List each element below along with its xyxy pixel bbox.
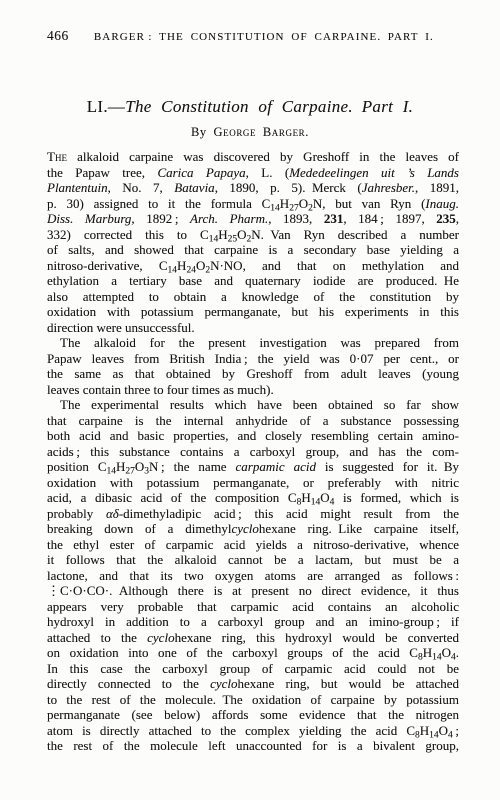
text-line: also attempted to obtain a knowledge of … <box>47 289 459 305</box>
text-line: atom is directly attached to the complex… <box>47 723 459 739</box>
text-run: is formed, which is <box>334 490 459 505</box>
text-run: N·NO, and that on methylation and <box>210 258 459 273</box>
text-run: H <box>116 459 125 474</box>
text-line: to the rest of the molecule. The oxidati… <box>47 692 459 708</box>
text-line: on oxidation into one of the carboxyl gr… <box>47 645 459 661</box>
text-run: alkaloid carpaine was discovered by Gres… <box>67 149 459 164</box>
text-run: O <box>439 723 448 738</box>
text-line: permanganate (see below) affords some ev… <box>47 707 459 723</box>
text-run: . <box>456 645 459 660</box>
article-title: LI.—The Constitution of Carpaine. Part I… <box>0 97 500 117</box>
text-line: position C14H27O3N ; the name carpamic a… <box>47 459 459 475</box>
article-byline: By George Barger. <box>0 125 500 140</box>
text-run: 14 <box>209 234 219 242</box>
text-run: ethylation a tertiary base and quaternar… <box>47 273 459 288</box>
text-run: breaking down of a dimethyl <box>47 521 232 536</box>
text-line: oxidation with potassium permanganate, o… <box>47 475 459 491</box>
running-header: 466 BARGER : THE CONSTITUTION OF CARPAIN… <box>47 28 459 44</box>
text-run: Jahresber. <box>362 180 415 195</box>
text-line: of salts, and showed that carpaine is a … <box>47 242 459 258</box>
text-run: appears very probable that carpamic acid… <box>47 599 459 614</box>
text-run: O <box>196 258 205 273</box>
text-run: leaves contain three to four times as mu… <box>47 382 274 397</box>
text-run: H <box>280 196 289 211</box>
text-run: 231 <box>324 211 344 226</box>
text-run: , <box>456 211 459 226</box>
text-run: 27 <box>125 467 135 475</box>
text-run: LI.— <box>87 97 126 116</box>
text-run: of salts, and showed that carpaine is a … <box>47 242 459 257</box>
text-run: 24 <box>186 265 196 273</box>
text-run: Papaw leaves from British India ; the yi… <box>47 351 459 366</box>
text-run: , 1892 ; <box>131 211 190 226</box>
text-line: The alkaloid carpaine was discovered by … <box>47 149 459 165</box>
text-run: is suggested for it. By <box>316 459 459 474</box>
text-run: ; <box>453 723 459 738</box>
text-run: αδ <box>106 506 119 521</box>
text-run: N ; the name <box>149 459 235 474</box>
text-line: oxidation with potassium permanganate, b… <box>47 304 459 320</box>
text-run: the rest of the molecule left unaccounte… <box>47 738 459 753</box>
text-run: O <box>320 490 329 505</box>
text-run: 27 <box>289 203 299 211</box>
text-run: H <box>301 490 310 505</box>
text-run: probably <box>47 506 106 521</box>
text-run: cyclo <box>147 630 174 645</box>
text-run: George Barger. <box>214 125 310 139</box>
text-line: lactone, and that its two oxygen atoms a… <box>47 568 459 584</box>
text-line: leaves contain three to four times as mu… <box>47 382 459 398</box>
text-run: O <box>299 196 308 211</box>
text-run: N, but van Ryn ( <box>313 196 426 211</box>
text-run: N. Van Ryn described a number <box>251 227 459 242</box>
text-run: hexane ring. Like carpaine itself, <box>259 521 459 536</box>
text-run: O <box>442 645 451 660</box>
article-body: The alkaloid carpaine was discovered by … <box>47 149 459 754</box>
text-run: position C <box>47 459 107 474</box>
text-line: breaking down of a dimethylcyclohexane r… <box>47 521 459 537</box>
text-run: oxidation with potassium permanganate, b… <box>47 304 459 319</box>
text-run: The <box>47 149 67 164</box>
text-line: the rest of the molecule left unaccounte… <box>47 738 459 754</box>
text-line: both acid and basic properties, and clos… <box>47 428 459 444</box>
text-run: the Papaw tree, <box>47 165 157 180</box>
text-run: , No. 7, <box>108 180 175 195</box>
text-run: ⋮C·O·CO·. Although there is at present n… <box>47 583 459 598</box>
text-run: , 1890, p. 5). Merck ( <box>215 180 362 195</box>
text-run: direction were unsuccessful. <box>47 320 195 335</box>
text-run: atom is directly attached to the complex… <box>47 723 415 738</box>
text-line: direction were unsuccessful. <box>47 320 459 336</box>
text-run: 14 <box>311 498 321 506</box>
text-run: it follows that the alkaloid cannot be a… <box>47 552 459 567</box>
text-run: lactone, and that its two oxygen atoms a… <box>47 568 459 583</box>
text-line: In this case the carboxyl group of carpa… <box>47 661 459 677</box>
text-run: The alkaloid for the present investigati… <box>60 335 459 350</box>
text-run: H <box>420 723 429 738</box>
text-line: nitroso-derivative, C14H24O2N·NO, and th… <box>47 258 459 274</box>
text-run: , 1893, <box>268 211 324 226</box>
text-run: Batavia <box>174 180 214 195</box>
text-run: carpamic acid <box>236 459 316 474</box>
text-run: O <box>237 227 246 242</box>
text-run: 14 <box>168 265 178 273</box>
text-run: Plantentuin <box>47 180 108 195</box>
page-number: 466 <box>47 28 69 44</box>
text-run: 14 <box>429 730 439 738</box>
text-run: to the rest of the molecule. The oxidati… <box>47 692 459 707</box>
text-run: 25 <box>228 234 238 242</box>
text-line: Plantentuin, No. 7, Batavia, 1890, p. 5)… <box>47 180 459 196</box>
text-run: 235 <box>436 211 456 226</box>
text-run: p. 30) assigned to it the formula C <box>47 196 270 211</box>
text-line: the ethyl ester of carpamic acid yields … <box>47 537 459 553</box>
text-run: oxidation with potassium permanganate, o… <box>47 475 459 490</box>
text-line: ethylation a tertiary base and quaternar… <box>47 273 459 289</box>
text-run: cyclo <box>232 521 259 536</box>
text-run: the same as that obtained by Greshoff fr… <box>47 366 459 381</box>
running-title: BARGER : THE CONSTITUTION OF CARPAINE. P… <box>69 31 459 43</box>
text-run: acids ; this substance contains a carbox… <box>47 444 459 459</box>
text-line: the Papaw tree, Carica Papaya, L. (Meded… <box>47 165 459 181</box>
text-run: 14 <box>432 653 442 661</box>
text-line: acid, a dibasic acid of the composition … <box>47 490 459 506</box>
text-line: The alkaloid for the present investigati… <box>47 335 459 351</box>
text-run: attached to the <box>47 630 147 645</box>
text-run: Mededeelingen uit ’s Lands <box>289 165 459 180</box>
text-run: that carpaine is the internal anhydride … <box>47 413 459 428</box>
text-run: the ethyl ester of carpamic acid yields … <box>47 537 459 552</box>
text-run: hexane ring, but would be attached <box>237 676 459 691</box>
text-run: The experimental results which have been… <box>60 397 459 412</box>
scanned-journal-page: 466 BARGER : THE CONSTITUTION OF CARPAIN… <box>0 0 500 800</box>
text-line: that carpaine is the internal anhydride … <box>47 413 459 429</box>
text-line: hydroxyl in addition to a carboxyl group… <box>47 614 459 630</box>
text-line: it follows that the alkaloid cannot be a… <box>47 552 459 568</box>
text-run: H <box>423 645 432 660</box>
text-line: 332) corrected this to C14H25O2N. Van Ry… <box>47 227 459 243</box>
text-run: By <box>191 125 214 139</box>
text-run: Carica Papaya <box>157 165 245 180</box>
text-line: The experimental results which have been… <box>47 397 459 413</box>
text-line: directly connected to the cyclohexane ri… <box>47 676 459 692</box>
text-run: permanganate (see below) affords some ev… <box>47 707 459 722</box>
text-run: In this case the carboxyl group of carpa… <box>47 661 459 676</box>
text-run: The Constitution of Carpaine. Part I. <box>125 97 413 116</box>
text-line: p. 30) assigned to it the formula C14H27… <box>47 196 459 212</box>
text-run: both acid and basic properties, and clos… <box>47 428 459 443</box>
text-line: attached to the cyclohexane ring, this h… <box>47 630 459 646</box>
text-run: acid, a dibasic acid of the composition … <box>47 490 297 505</box>
text-line: the same as that obtained by Greshoff fr… <box>47 366 459 382</box>
text-line: ⋮C·O·CO·. Although there is at present n… <box>47 583 459 599</box>
text-run: also attempted to obtain a knowledge of … <box>47 289 459 304</box>
text-run: directly connected to the <box>47 676 210 691</box>
text-line: appears very probable that carpamic acid… <box>47 599 459 615</box>
text-run: on oxidation into one of the carboxyl gr… <box>47 645 418 660</box>
text-run: 14 <box>270 203 280 211</box>
text-line: probably αδ-dimethyladipic acid ; this a… <box>47 506 459 522</box>
text-run: hexane ring, this hydroxyl would be conv… <box>175 630 459 645</box>
text-line: Diss. Marburg, 1892 ; Arch. Pharm., 1893… <box>47 211 459 227</box>
text-run: O <box>135 459 144 474</box>
text-run: 14 <box>107 467 117 475</box>
text-run: H <box>218 227 227 242</box>
text-run: Arch. Pharm. <box>190 211 268 226</box>
text-run: Inaug. <box>425 196 459 211</box>
text-run: cyclo <box>210 676 237 691</box>
text-run: 332) corrected this to C <box>47 227 209 242</box>
text-line: Papaw leaves from British India ; the yi… <box>47 351 459 367</box>
text-run: , L. ( <box>246 165 290 180</box>
text-run: Diss. Marburg <box>47 211 131 226</box>
text-run: nitroso-derivative, C <box>47 258 168 273</box>
text-line: acids ; this substance contains a carbox… <box>47 444 459 460</box>
text-run: , 184 ; 1897, <box>343 211 436 226</box>
text-run: hydroxyl in addition to a carboxyl group… <box>47 614 459 629</box>
text-run: , 1891, <box>415 180 459 195</box>
text-run: -dimethyladipic acid ; this acid might r… <box>119 506 459 521</box>
